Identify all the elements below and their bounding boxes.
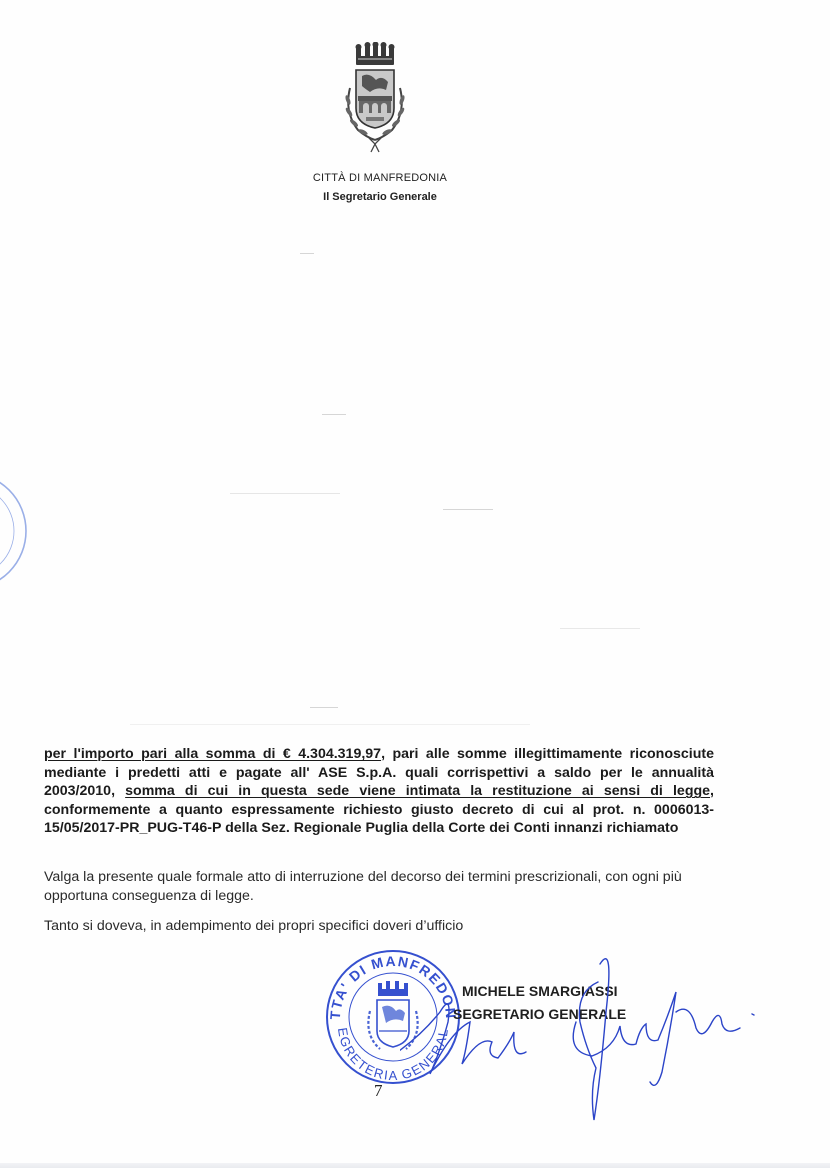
scan-artifact — [443, 509, 493, 510]
page-bottom-edge — [0, 1163, 830, 1168]
partial-stamp-icon — [0, 468, 32, 594]
document-page: CITTÀ DI MANFREDONIA Il Segretario Gener… — [0, 0, 830, 1168]
scan-artifact — [300, 253, 314, 254]
office-title: Il Segretario Generale — [0, 191, 760, 203]
amount-clause: per l'importo pari alla somma di € 4.304… — [44, 746, 381, 762]
city-name: CITTÀ DI MANFREDONIA — [0, 172, 760, 184]
coat-of-arms-icon — [336, 42, 414, 154]
scan-artifact — [322, 414, 346, 415]
closing-paragraph: Tanto si doveva, in adempimento dei prop… — [44, 917, 724, 936]
demand-paragraph: per l'importo pari alla somma di € 4.304… — [44, 745, 714, 838]
scan-artifact — [560, 628, 640, 629]
scan-artifact — [310, 707, 338, 708]
interruption-paragraph: Valga la presente quale formale atto di … — [44, 868, 724, 905]
handwritten-signature-icon — [400, 952, 760, 1122]
scan-artifact — [230, 493, 340, 494]
page-number: 7 — [374, 1081, 383, 1101]
scan-artifact — [130, 724, 530, 725]
restitution-clause: somma di cui in questa sede viene intima… — [125, 783, 710, 799]
